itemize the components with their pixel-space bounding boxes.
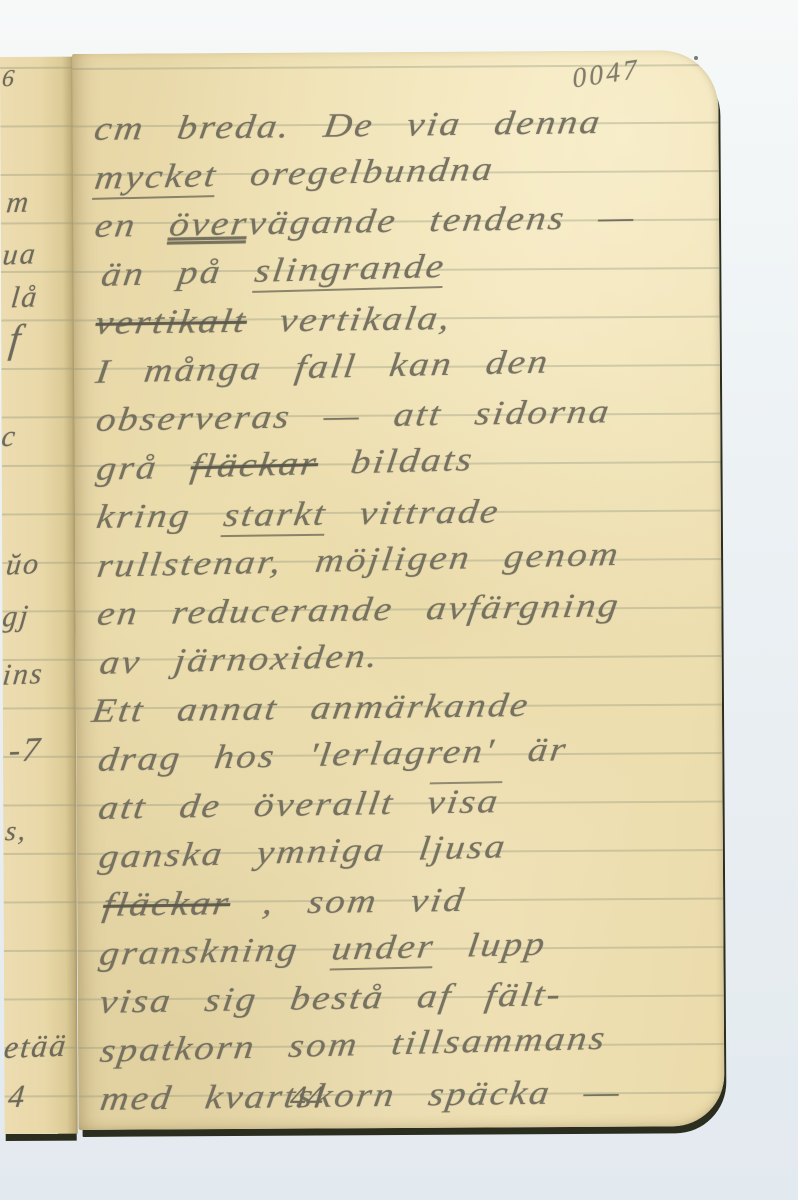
handwritten-fragment: ŭo [4, 547, 42, 582]
handwritten-text: med kvartskorn späcka — [98, 1074, 624, 1118]
handwritten-fragment: ins [1, 657, 46, 693]
handwritten-fragment: gj [1, 599, 32, 634]
handwritten-text: fläckar [101, 885, 233, 924]
handwritten-text: lupp [432, 925, 549, 965]
handwritten-text: , som vid [228, 882, 469, 922]
handwritten-text: vägande tendens — [246, 199, 639, 243]
handwritten-text: visa sig bestå af fält- [97, 976, 564, 1021]
handwritten-text: vertikalt [93, 303, 250, 342]
handwritten-text: att de överallt [96, 784, 430, 827]
handwritten-fragment: 6 [1, 66, 18, 94]
handwritten-text: rullstenar, möjligen genom [95, 535, 623, 584]
handwritten-text: oregelbundna [215, 150, 497, 193]
handwritten-fragment: f [7, 315, 25, 363]
handwritten-text: mycket [92, 157, 220, 200]
handwritten-text: kring [94, 497, 226, 536]
scan-corner-number: 0047 [571, 54, 641, 96]
handwritten-text: cm breda. De via denna [92, 104, 605, 148]
handwritten-text: slingrande [252, 247, 448, 292]
handwritten-text: under [329, 928, 437, 970]
page-number: 44 [289, 1078, 327, 1115]
handwritten-text: bildats [316, 441, 477, 482]
handwritten-fragment: -7 [7, 731, 43, 770]
handwritten-text: över [167, 205, 251, 243]
handwritten-fragment: ua [1, 237, 39, 272]
handwritten-text: av järnoxiden. [97, 637, 381, 681]
handwritten-text: visa [425, 781, 503, 821]
handwritten-text: ganska ymniga ljusa [97, 828, 510, 876]
handwritten-text: I många fall kan den [94, 343, 552, 390]
handwritten-fragment: s, [4, 816, 29, 849]
previous-page-edge: 6mualåfcŭogjins-7s,etää4 [0, 57, 78, 1134]
handwritten-text: vittrade [324, 493, 502, 532]
handwritten-text: grå [94, 448, 193, 487]
handwritten-text: drag hos 'lerlagren' är [96, 731, 570, 779]
handwritten-fragment: etää [2, 1027, 69, 1066]
notebook-page: 0047 cm breda. De via dennamycket oregel… [72, 50, 725, 1130]
scanned-notebook-photo: 6mualåfcŭogjins-7s,etää4 0047 cm breda. … [0, 0, 798, 1200]
dust-speck [694, 56, 698, 60]
handwriting-block: cm breda. De via dennamycket oregelbundn… [94, 102, 716, 1130]
handwritten-fragment: m [5, 185, 32, 220]
handwritten-fragment: lå [9, 280, 40, 315]
handwritten-text: observeras — att sidorna [94, 393, 614, 439]
handwritten-text: Ett annat anmärkande [89, 687, 532, 730]
handwritten-line: med kvartskorn späcka — [97, 1066, 725, 1124]
handwritten-fragment: 4 [7, 1078, 29, 1116]
handwritten-text: spatkorn som tillsammans [98, 1019, 609, 1069]
handwritten-text: vertikala, [244, 300, 454, 340]
handwritten-text: fläckar [188, 445, 320, 485]
handwritten-text: en reducerande avfärgning [95, 587, 623, 633]
handwritten-text: än på [99, 252, 257, 293]
handwritten-text: en [93, 207, 173, 245]
handwritten-text: starkt [221, 496, 330, 537]
handwritten-text: granskning [97, 930, 334, 972]
handwritten-fragment: c [0, 420, 19, 455]
